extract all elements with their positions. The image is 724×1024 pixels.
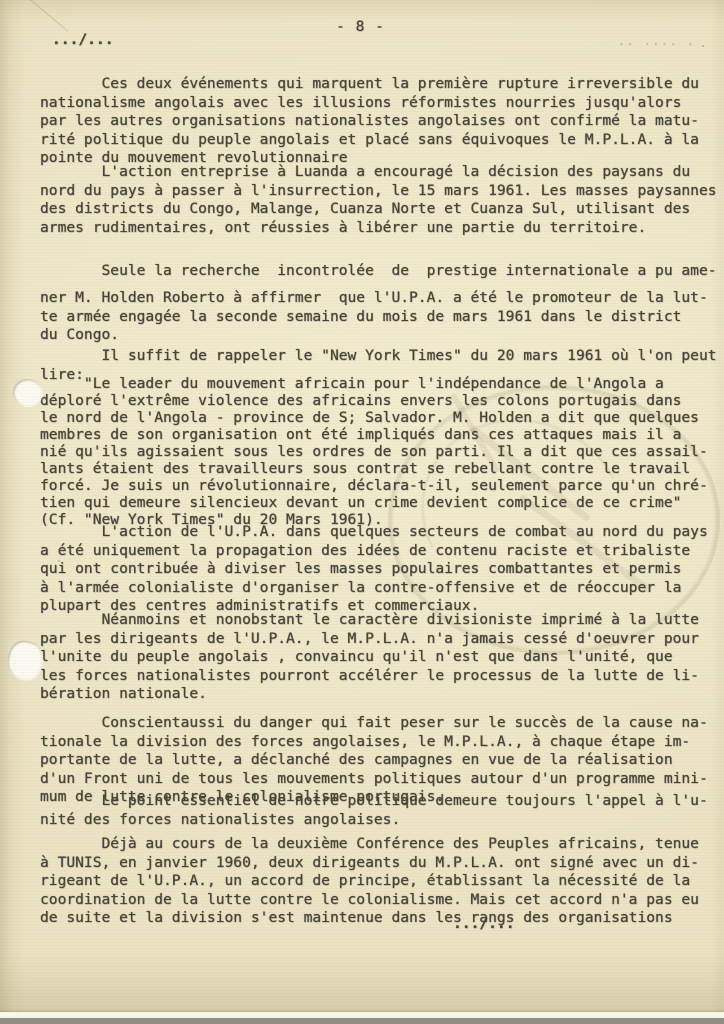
text-line: tien qui demeure silencieux devant un cr…	[40, 494, 708, 511]
text-line: tionale la division des forces angolaise…	[40, 733, 708, 752]
paper-speck	[58, 560, 60, 562]
paper-crease	[28, 0, 68, 32]
text-line: à l'armée colonialiste d'organiser la co…	[40, 579, 708, 598]
text-line: par les autres organisations nationalist…	[40, 112, 699, 131]
text-line: nié qu'ils agissaient sous les ordres de…	[40, 443, 708, 460]
text-line: à TUNIS, en janvier 1960, deux dirigeant…	[40, 854, 699, 873]
text-line: du Congo.	[40, 326, 708, 345]
text-line: portante de la lutte, a déclanché des ca…	[40, 751, 708, 770]
text-line: le nord de l'Angola - province de S; Sal…	[40, 409, 708, 426]
text-line: rité politique du peuple angolais et pla…	[40, 131, 699, 150]
paragraph: L'action entreprise à Luanda a encouragé…	[40, 163, 717, 237]
text-line: Il suffit de rappeler le "New York Times…	[40, 347, 717, 366]
text-line: L'action entreprise à Luanda a encouragé…	[40, 163, 717, 182]
text-line: bération nationale.	[40, 685, 699, 704]
paragraph: L'action de l'U.P.A. dans quelques secte…	[40, 523, 708, 616]
paragraph: ner M. Holden Roberto à affirmer que l'U…	[40, 289, 708, 345]
text-line: te armée engagée la seconde semaine du m…	[40, 308, 708, 327]
text-line: nord du pays à passer à l'insurrection, …	[40, 182, 717, 201]
paragraph-quote: "Le leader du mouvement africain pour l'…	[40, 375, 708, 528]
text-line: l'unite du peuple angolais , convaincu q…	[40, 648, 699, 667]
text-line: "Le leader du mouvement africain pour l'…	[40, 375, 708, 392]
text-line: rigeant de l'U.P.A., un accord de princi…	[40, 872, 699, 891]
text-line: Conscientaussi du danger qui fait peser …	[40, 714, 708, 733]
paragraph: Néanmoins et nonobstant le caractère div…	[40, 611, 699, 704]
text-line: Le point essentiel de notre politique de…	[40, 792, 708, 811]
text-line: a été uniquement la propagation des idée…	[40, 542, 708, 561]
text-line: de suite et la division s'est maintenue …	[40, 909, 699, 928]
paragraph: Ces deux événements qui marquent la prem…	[40, 75, 699, 168]
text-line: Seule la recherche incontrolée de presti…	[40, 262, 717, 281]
text-line: membres de son organisation ont été impl…	[40, 426, 708, 443]
text-line: d'un Front uni de tous les mouvements po…	[40, 770, 708, 789]
text-line: nationalisme angolais avec les illusions…	[40, 94, 699, 113]
continuation-mark-top: .../...	[52, 31, 114, 50]
paragraph: Le point essentiel de notre politique de…	[40, 792, 708, 829]
text-line: lants étaient des travailleurs sous cont…	[40, 460, 708, 477]
text-line: ner M. Holden Roberto à affirmer que l'U…	[40, 289, 708, 308]
text-line: coordination de la lutte contre le colon…	[40, 891, 699, 910]
continuation-mark-bottom: .../...	[453, 915, 515, 934]
text-line: forcé. Je suis un révolutionnaire, décla…	[40, 477, 708, 494]
scanned-page: - 8 - .../... ·· ···· · Ces deux événeme…	[0, 0, 724, 1013]
page-number: - 8 -	[336, 18, 385, 37]
text-line: les forces nationalistes pourront accélé…	[40, 667, 699, 686]
paragraph: Seule la recherche incontrolée de presti…	[40, 262, 717, 281]
text-line: nité des forces nationalistes angolaises…	[40, 811, 708, 830]
text-line: L'action de l'U.P.A. dans quelques secte…	[40, 523, 708, 542]
faint-pencil-marks: ·· ···· ·	[618, 36, 696, 55]
punch-hole	[13, 379, 42, 406]
paper-speck	[664, 618, 666, 620]
background-surface	[0, 1018, 724, 1024]
text-line: Néanmoins et nonobstant le caractère div…	[40, 611, 699, 630]
text-line: qui ont contribuée à diviser les masses …	[40, 560, 708, 579]
paper-speck	[702, 45, 704, 47]
text-line: armes rudimentaires, ont réussies à libé…	[40, 219, 717, 238]
paragraph: Déjà au cours de la deuxième Conférence …	[40, 835, 699, 928]
text-line: déploré l'extrême violence des africains…	[40, 392, 708, 409]
text-line: Déjà au cours de la deuxième Conférence …	[40, 835, 699, 854]
text-line: Ces deux événements qui marquent la prem…	[40, 75, 699, 94]
text-line: par les dirigeants de l'U.P.A., le M.P.L…	[40, 630, 699, 649]
text-line: des districts du Congo, Malange, Cuanza …	[40, 200, 717, 219]
